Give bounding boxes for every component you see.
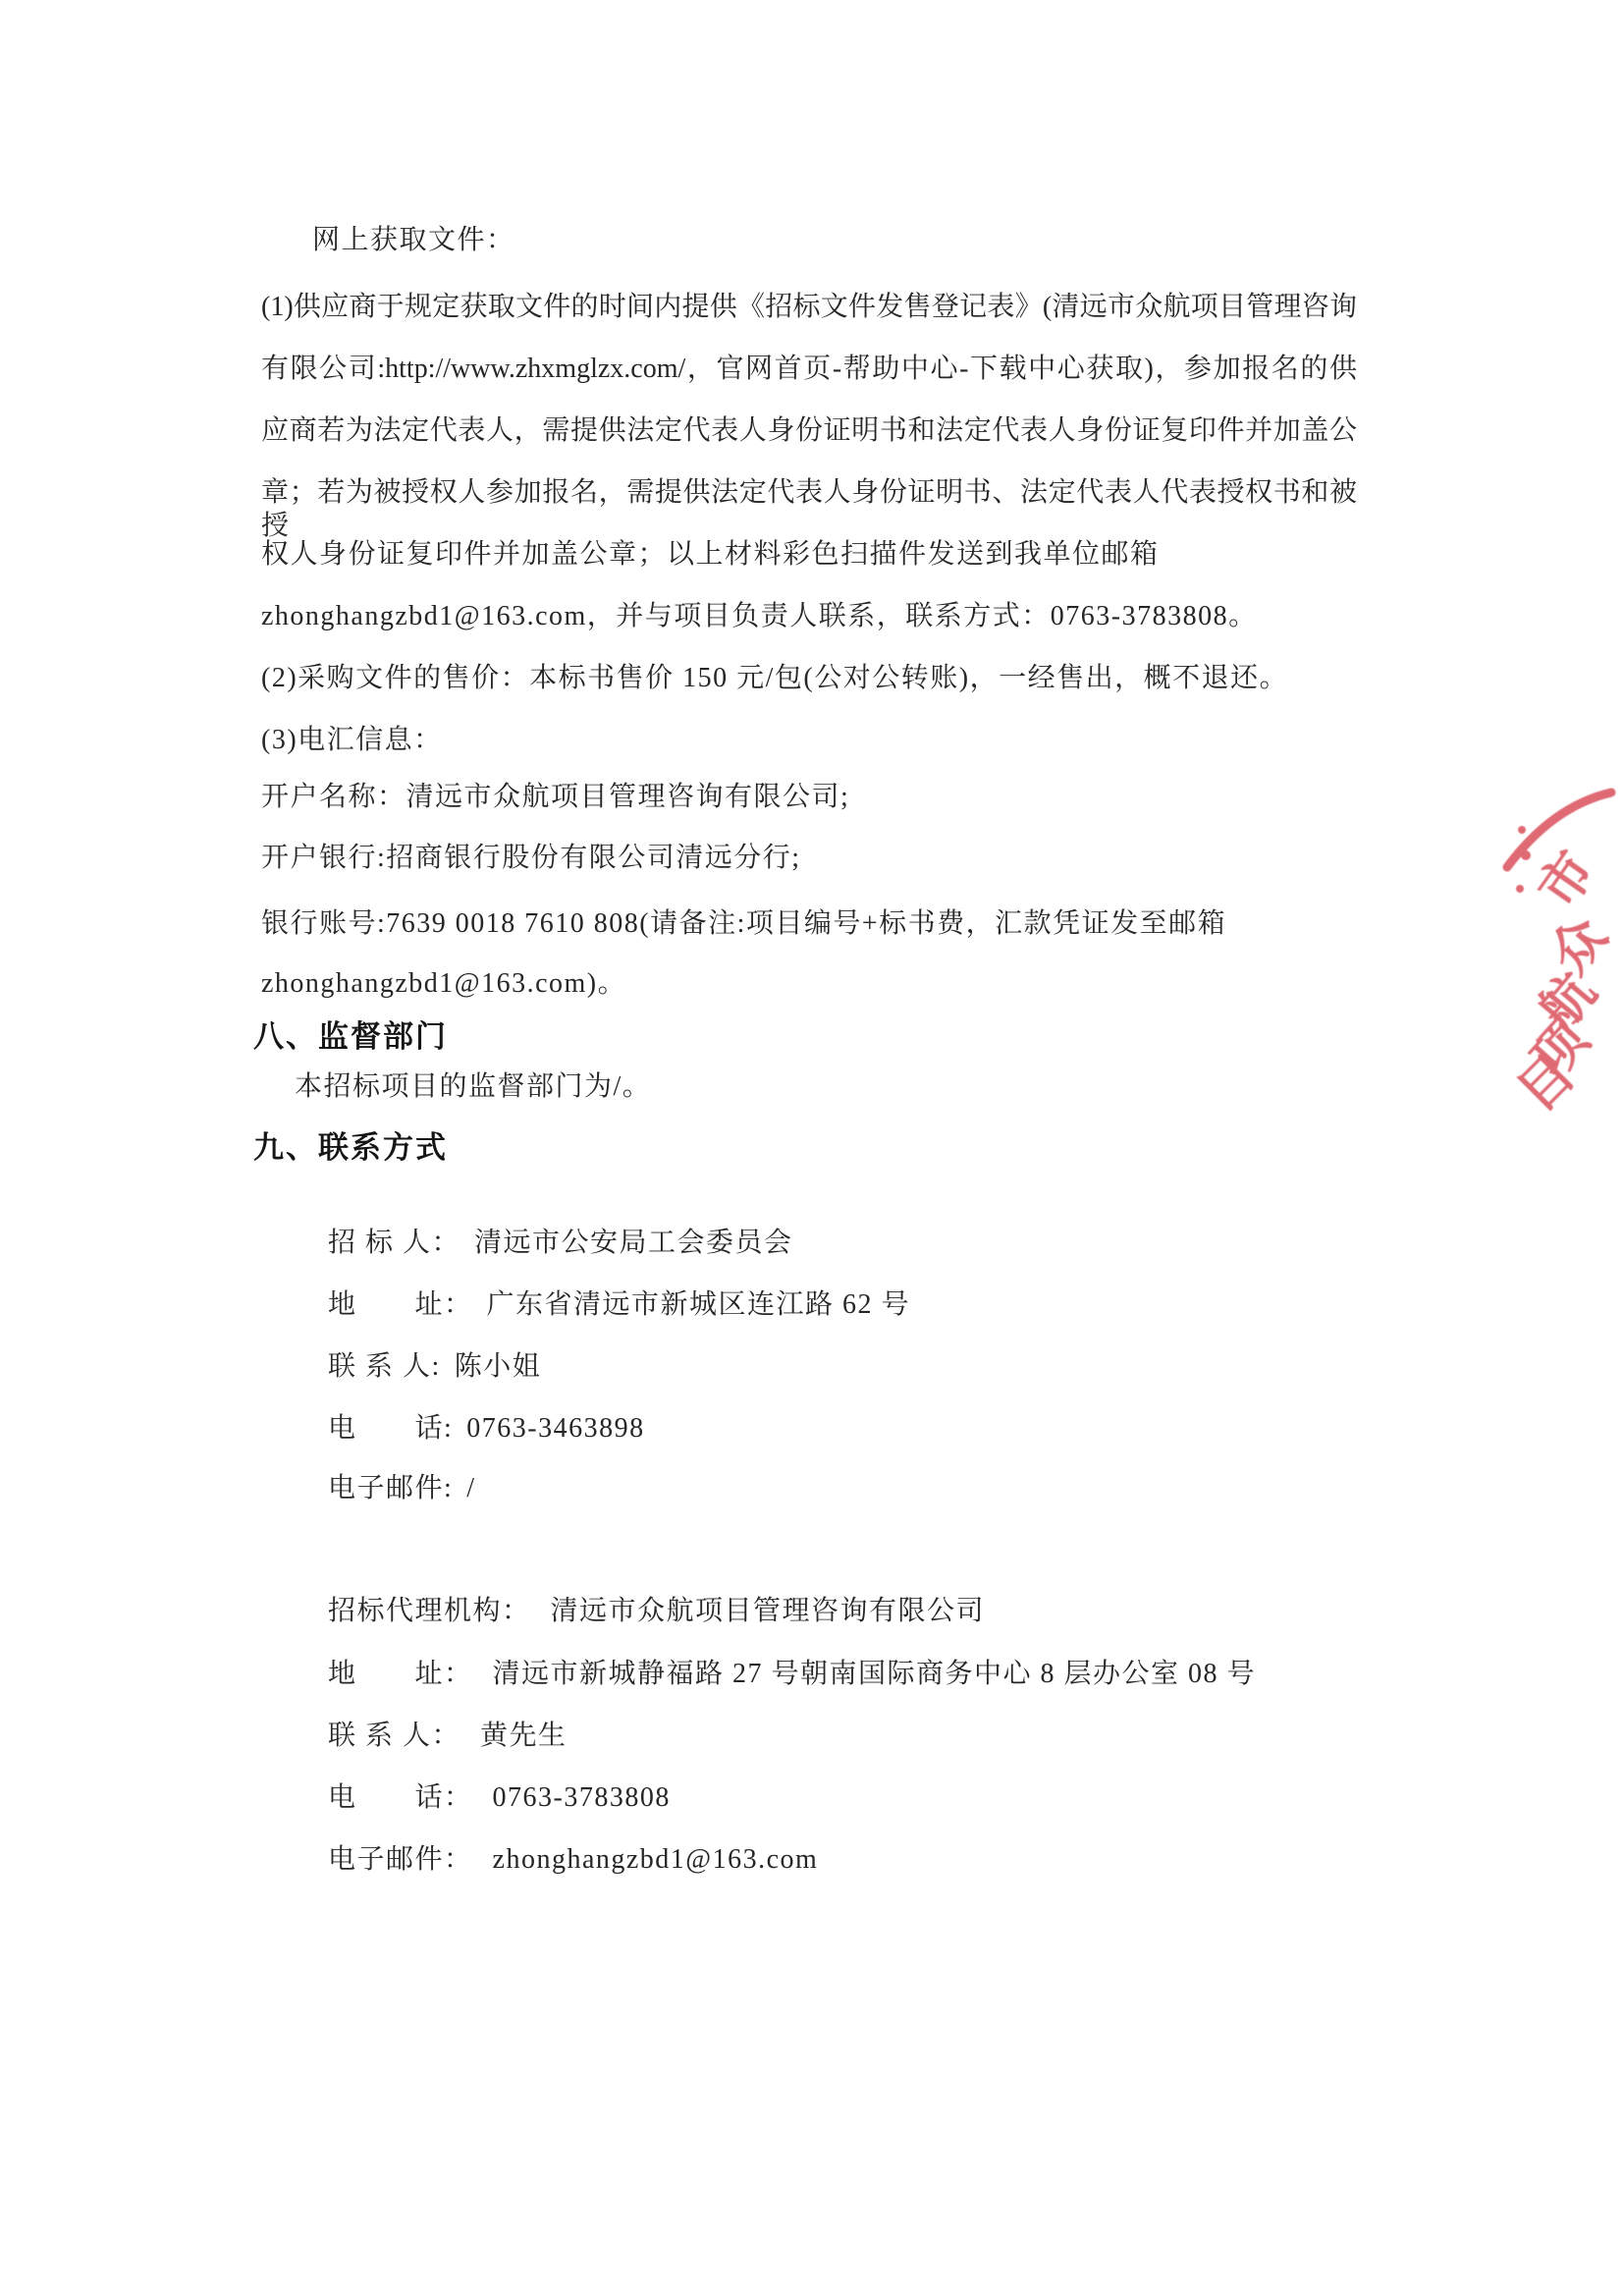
section9-heading: 九、联系方式 [253, 1122, 448, 1167]
seal-character: 众 [1540, 906, 1619, 984]
agency-email-label: 电子邮件： [328, 1844, 473, 1875]
item2-line: (2)采购文件的售价：本标书售价 150 元/包(公对公转账)，一经售出，概不退… [261, 662, 1357, 695]
item1-line: zhonghangzbd1@163.com，并与项目负责人联系，联系方式：076… [261, 600, 1357, 633]
item1-line: (1)供应商于规定获取文件的时间内提供《招标文件发售登记表》(清远市众航项目管理… [261, 291, 1357, 324]
agency-email-value: zhonghangzbd1@163.com [493, 1844, 819, 1875]
seal-speck [1518, 826, 1526, 834]
item3-line: (3)电汇信息： [261, 724, 1357, 757]
wire-bank-name: 开户银行:招商银行股份有限公司清远分行; [261, 842, 1357, 875]
item1-line: 章；若为被授权人参加报名，需提供法定代表人身份证明书、法定代表人代表授权书和被授 [261, 476, 1357, 543]
wire-email: zhonghangzbd1@163.com)。 [261, 967, 1357, 1001]
seal-character: 市 [1528, 842, 1606, 919]
agency-email-row: 电子邮件：zhonghangzbd1@163.com [295, 1806, 818, 1908]
seal-speck [1516, 885, 1524, 893]
tenderer-email-value: / [466, 1473, 475, 1503]
section8-heading: 八、监督部门 [253, 1011, 448, 1056]
wire-account-number: 银行账号:7639 0018 7610 808(请备注:项目编号+标书费，汇款凭… [261, 907, 1357, 941]
company-seal-stamp: 市 众 航 项 目 [1486, 769, 1623, 1113]
tenderer-address-value: 广东省清远市新城区连江路 62 号 [487, 1289, 911, 1320]
online-acquisition-heading: 网上获取文件： [312, 224, 515, 257]
agency-address-value: 清远市新城静福路 27 号朝南国际商务中心 8 层办公室 08 号 [493, 1659, 1257, 1689]
seal-speck [1521, 850, 1531, 860]
item1-line: 有限公司:http://www.zhxmglzx.com/，官网首页-帮助中心-… [261, 353, 1357, 386]
tenderer-email-label: 电子邮件: [328, 1473, 453, 1503]
scanned-tender-notice-page: 网上获取文件： (1)供应商于规定获取文件的时间内提供《招标文件发售登记表》(清… [0, 0, 1623, 2296]
tenderer-email-row: 电子邮件:/ [295, 1435, 476, 1537]
wire-account-name: 开户名称：清远市众航项目管理咨询有限公司; [261, 781, 1357, 814]
section8-body: 本招标项目的监督部门为/。 [295, 1070, 651, 1104]
item1-line: 权人身份证复印件并加盖公章；以上材料彩色扫描件发送到我单位邮箱 [261, 538, 1357, 572]
tenderer-phone-value: 0763-3463898 [466, 1413, 644, 1444]
item1-line: 应商若为法定代表人，需提供法定代表人身份证明书和法定代表人身份证复印件并加盖公 [261, 414, 1357, 448]
